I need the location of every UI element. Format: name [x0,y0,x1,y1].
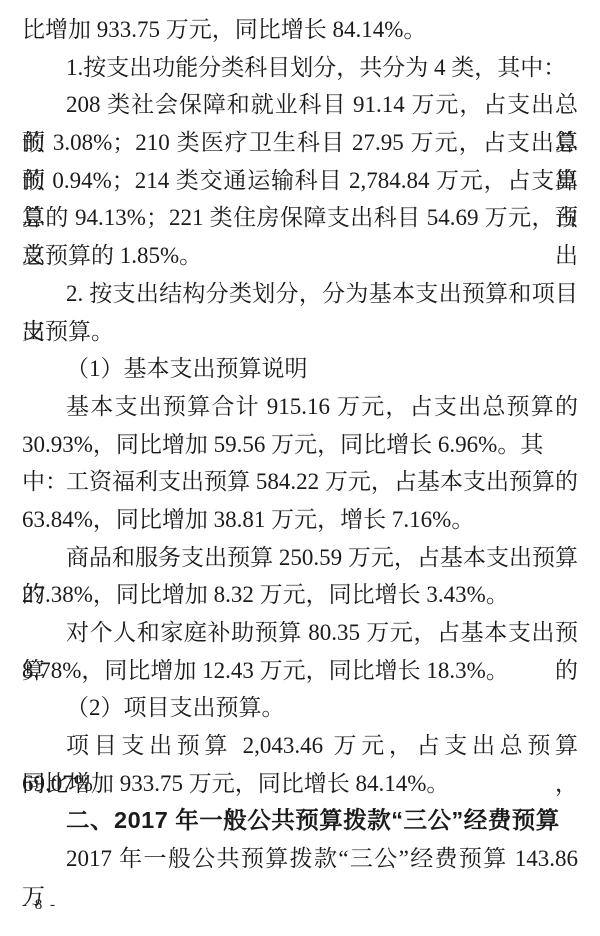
text-line-carryover: 比增加 933.75 万元，同比增长 84.14%。 [22,11,578,49]
text-line: 30.93%，同比增加 59.56 万元，同比增长 6.96%。其中： [22,426,578,464]
text-line: 商品和服务支出预算 250.59 万元，占基本支出预算的 [22,539,578,577]
page-number: - 8 - [22,897,57,914]
text-line: 出预算。 [22,313,578,351]
text-line: 2017 年一般公共预算拨款“三公”经费预算 143.86 万 [22,840,578,878]
text-line-sub2-title: （2）项目支出预算。 [22,689,578,727]
text-line: 208 类社会保障和就业科目 91.14 万元，占支出总预算 [22,86,578,124]
text-line: 基本支出预算合计 915.16 万元，占支出总预算的 [22,388,578,426]
section-heading: 二、2017 年一般公共预算拨款“三公”经费预算 [22,802,578,840]
document-page: 比增加 933.75 万元，同比增长 84.14%。 1.按支出功能分类科目划分… [0,0,600,936]
text-line-item1-title: 1.按支出功能分类科目划分，共分为 4 类，其中： [22,49,578,87]
text-line: 63.84%，同比增加 38.81 万元，增长 7.16%。 [22,501,578,539]
text-line-item2-title: 2. 按支出结构分类划分，分为基本支出预算和项目支 [22,275,578,313]
text-line: 的 0.94%；214 类交通运输科目 2,784.84 万元，占支出总预 [22,162,578,200]
document-body: 比增加 933.75 万元，同比增长 84.14%。 1.按支出功能分类科目划分… [22,11,578,878]
text-line: 工资福利支出预算 584.22 万元，占基本支出预算的 [22,463,578,501]
text-line: 的 3.08%；210 类医疗卫生科目 27.95 万元，占支出总预算 [22,124,578,162]
text-line: 算的 94.13%；221 类住房保障支出科目 54.69 万元，占支出 [22,199,578,237]
text-line: 27.38%，同比增加 8.32 万元，同比增长 3.43%。 [22,576,578,614]
text-line: 8.78%，同比增加 12.43 万元，同比增长 18.3%。 [22,652,578,690]
text-line: 对个人和家庭补助预算 80.35 万元，占基本支出预算的 [22,614,578,652]
text-line-sub1-title: （1）基本支出预算说明 [22,350,578,388]
text-line: 项目支出预算 2,043.46 万元，占支出总预算 69.07%， [22,727,578,765]
